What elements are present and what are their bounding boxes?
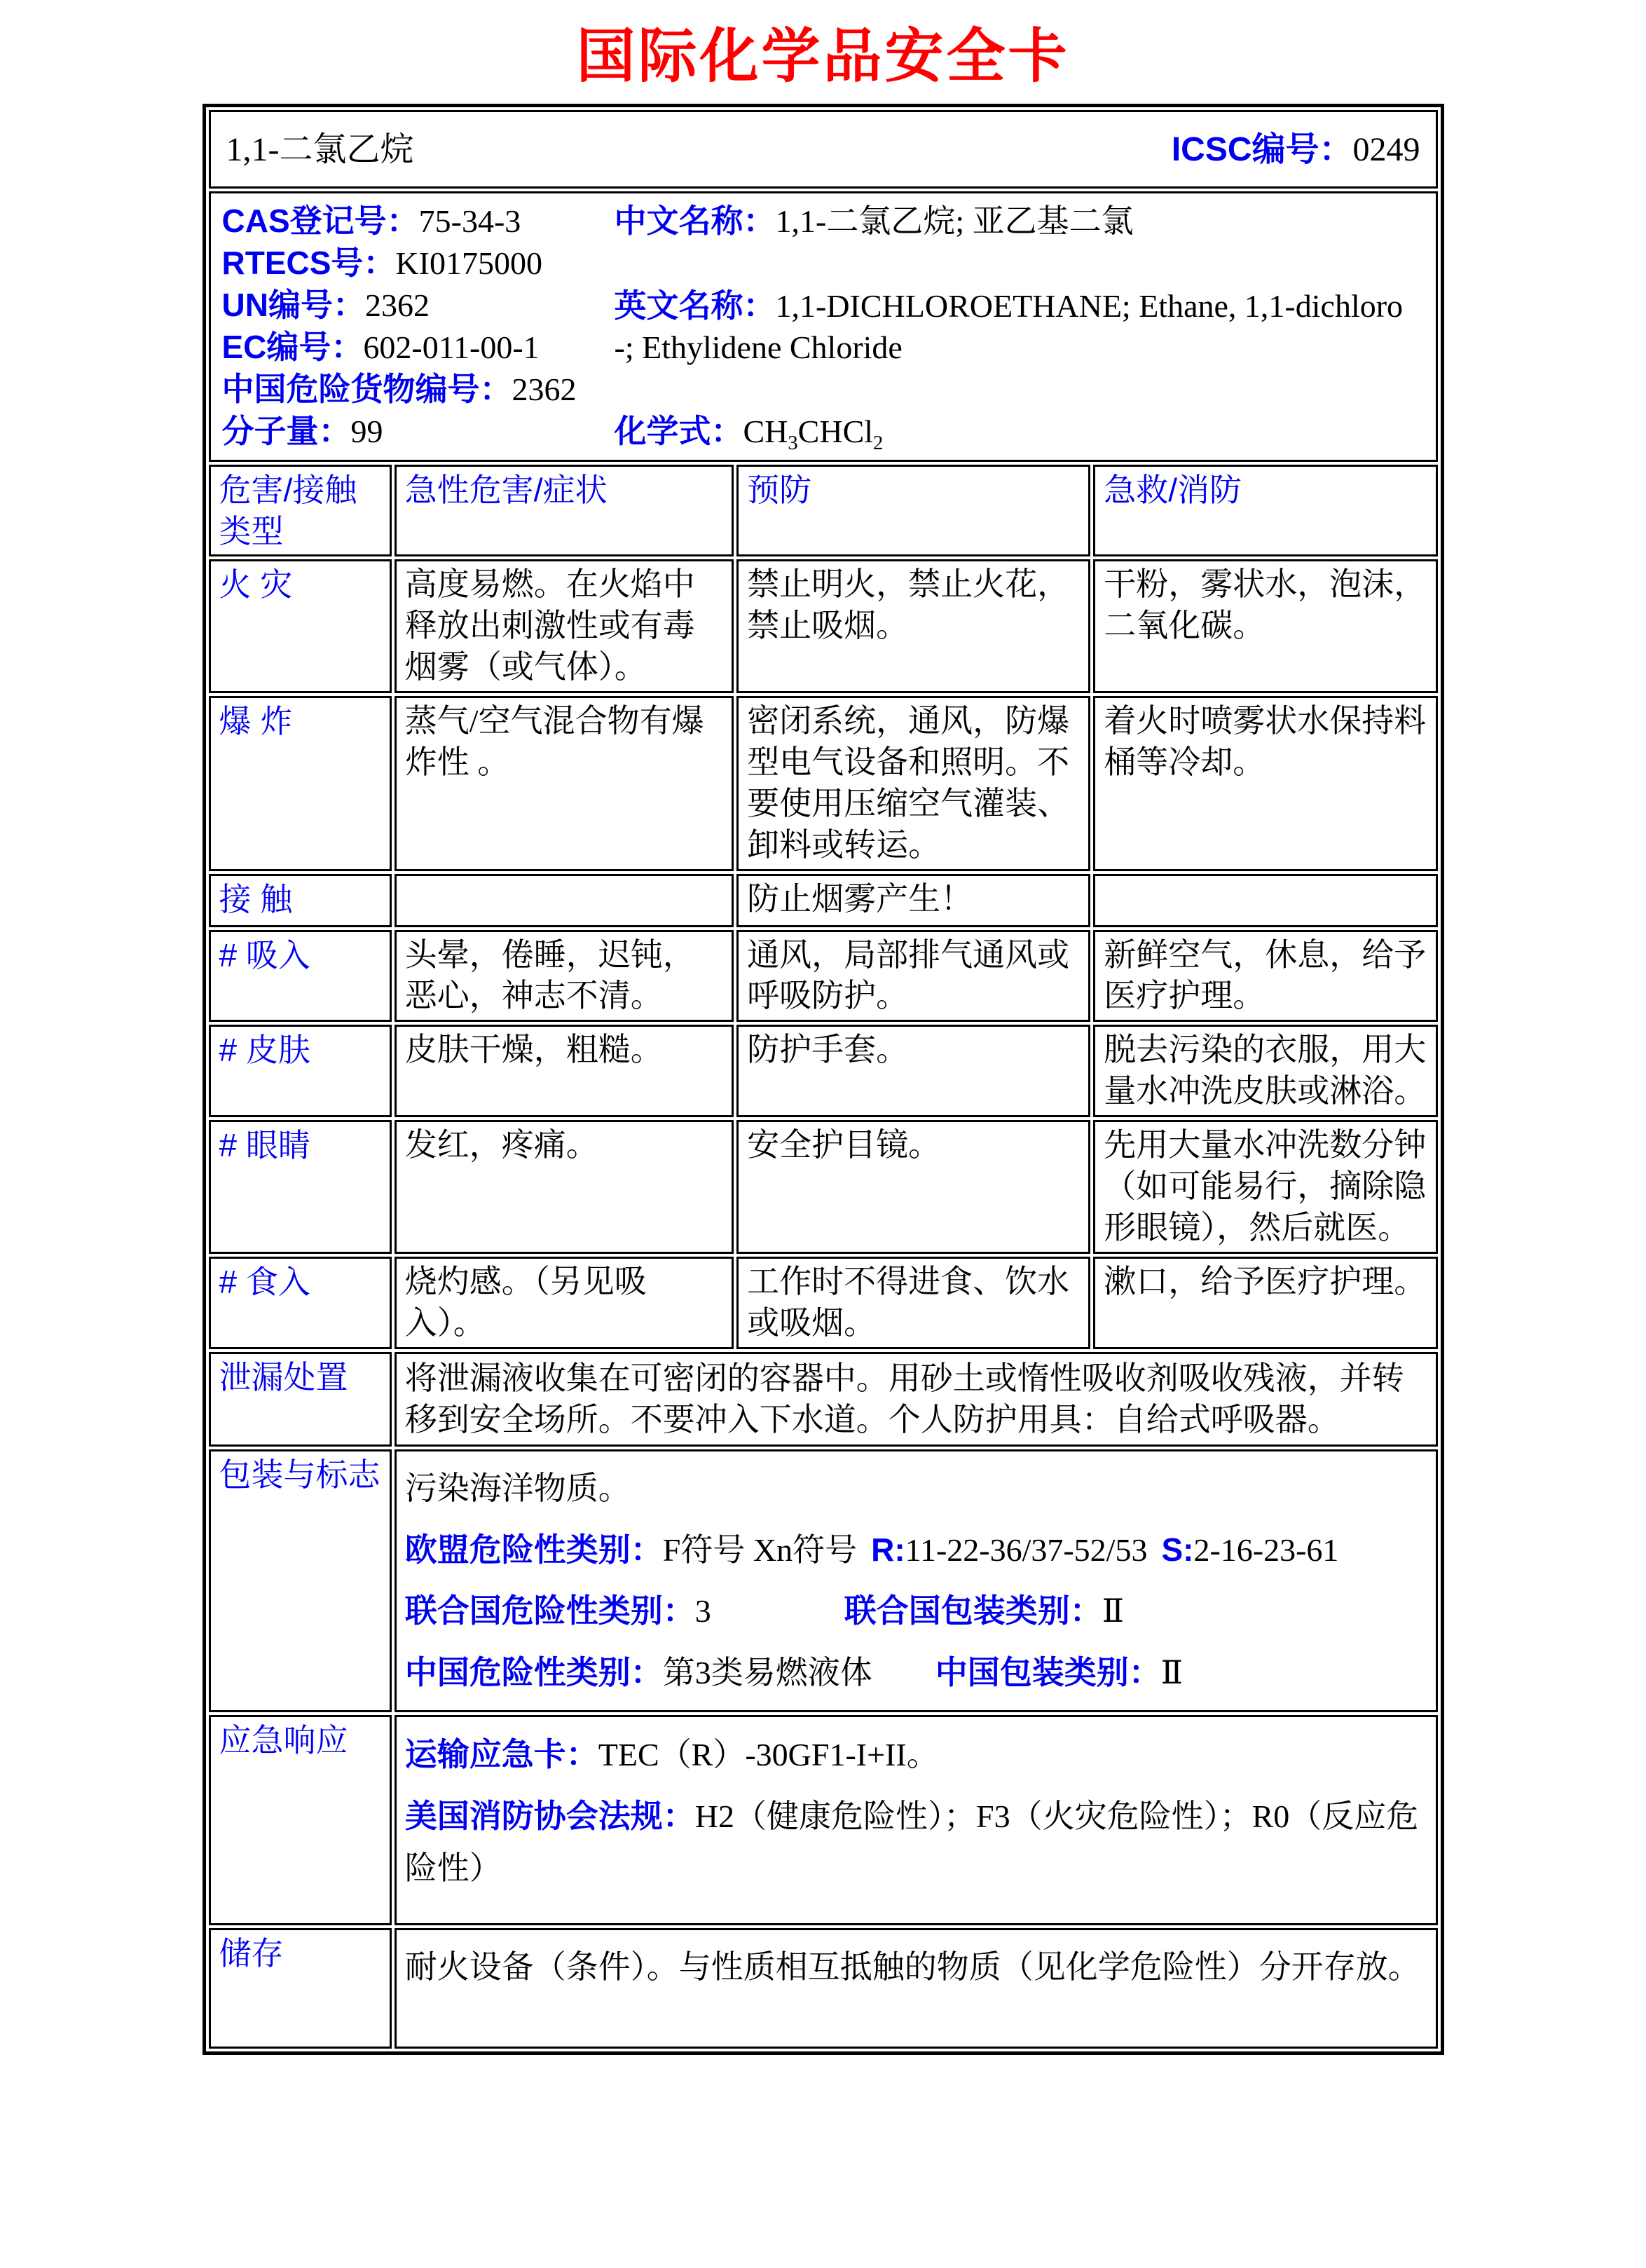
identification-left-column: CAS登记号：75-34-3 RTECS号：KI0175000 UN编号：236… [222,200,615,452]
hazard-row-exposure: 接 触 防止烟雾产生！ [209,874,1438,927]
skin-prevention: 防护手套。 [736,1025,1090,1117]
row-label-exposure: 接 触 [209,874,392,927]
cas-number: CAS登记号：75-34-3 [222,200,615,242]
exposure-prevention: 防止烟雾产生！ [736,874,1090,927]
hazard-header-row: 危害/接触类型 急性危害/症状 预防 急救/消防 [209,465,1438,557]
row-label-emergency: 应急响应 [209,1715,392,1925]
un-number: UN编号：2362 [222,285,615,327]
tec-line: 运输应急卡：TEC（R）-30GF1-I+II。 [405,1728,1427,1782]
hazard-header-firstaid: 急救/消防 [1093,465,1437,557]
icsc-page: { "title": "国际化学品安全卡", "header": { "subs… [0,24,1646,2268]
s-phrases-value: 2-16-23-61 [1193,1532,1338,1568]
row-label-fire: 火 灾 [209,559,392,693]
hazard-row-explosion: 爆 炸 蒸气/空气混合物有爆炸性 。 密闭系统，通风，防爆型电气设备和照明。不要… [209,696,1438,871]
eyes-firstaid: 先用大量水冲洗数分钟（如可能易行，摘除隐形眼镜），然后就医。 [1093,1120,1437,1254]
page-title: 国际化学品安全卡 [0,24,1646,88]
emergency-row: 应急响应 运输应急卡：TEC（R）-30GF1-I+II。 美国消防协会法规：H… [209,1715,1438,1925]
hazard-row-ingestion: # 食入 烧灼感。（另见吸入）。 工作时不得进食、饮水或吸烟。 漱口，给予医疗护… [209,1257,1438,1349]
nfpa-line: 美国消防协会法规：H2（健康危险性）；F3（火灾危险性）；R0（反应危险性） [405,1790,1427,1895]
hazard-row-eyes: # 眼睛 发红，疼痛。 安全护目镜。 先用大量水冲洗数分钟（如可能易行，摘除隐形… [209,1120,1438,1254]
exposure-firstaid [1093,874,1437,927]
row-label-storage: 储存 [209,1928,392,2049]
ingestion-symptoms: 烧灼感。（另见吸入）。 [395,1257,734,1349]
identification-block: CAS登记号：75-34-3 RTECS号：KI0175000 UN编号：236… [209,191,1438,461]
storage-row: 储存 耐火设备（条件）。与性质相互抵触的物质（见化学危险性）分开存放。 [209,1928,1438,2049]
explosion-prevention: 密闭系统，通风，防爆型电气设备和照明。不要使用压缩空气灌装、卸料或转运。 [736,696,1090,871]
molecular-weight: 分子量：99 [222,411,615,453]
chemical-formula: 化学式：CH3CHCl2 [615,411,1420,453]
icsc-number-value: 0249 [1353,131,1420,168]
ec-number: EC编号：602-011-00-1 [222,327,615,369]
emergency-content: 运输应急卡：TEC（R）-30GF1-I+II。 美国消防协会法规：H2（健康危… [395,1715,1438,1925]
hazard-header-type: 危害/接触类型 [209,465,392,557]
s-phrases-label: S: [1161,1531,1193,1568]
eyes-symptoms: 发红，疼痛。 [395,1120,734,1254]
row-label-packaging: 包装与标志 [209,1449,392,1712]
spill-text: 将泄漏液收集在可密闭的容器中。用砂土或惰性吸收剂吸收残液，并转移到安全场所。不要… [395,1352,1438,1447]
fire-firstaid: 干粉，雾状水，泡沫，二氧化碳。 [1093,559,1437,693]
skin-firstaid: 脱去污染的衣服，用大量水冲洗皮肤或淋浴。 [1093,1025,1437,1117]
exposure-symptoms [395,874,734,927]
row-label-eyes: # 眼睛 [209,1120,392,1254]
english-name: 英文名称：1,1-DICHLOROETHANE; Ethane, 1,1-dic… [615,285,1420,369]
explosion-symptoms: 蒸气/空气混合物有爆炸性 。 [395,696,734,871]
skin-symptoms: 皮肤干燥，粗糙。 [395,1025,734,1117]
un-classification-line: 联合国危险性类别：3联合国包装类别：Ⅱ [405,1585,1427,1638]
row-label-explosion: 爆 炸 [209,696,392,871]
r-phrases-value: 11-22-36/37-52/53 [905,1532,1148,1568]
inhalation-symptoms: 头晕，倦睡，迟钝，恶心，神志不清。 [395,930,734,1023]
fire-prevention: 禁止明火，禁止火花，禁止吸烟。 [736,559,1090,693]
chinese-name: 中文名称：1,1-二氯乙烷; 亚乙基二氯 [615,200,1420,242]
spill-row: 泄漏处置 将泄漏液收集在可密闭的容器中。用砂土或惰性吸收剂吸收残液，并转移到安全… [209,1352,1438,1447]
hazard-header-prevention: 预防 [736,465,1090,557]
inhalation-firstaid: 新鲜空气，休息，给予医疗护理。 [1093,930,1437,1023]
inhalation-prevention: 通风，局部排气通风或呼吸防护。 [736,930,1090,1023]
row-label-inhalation: # 吸入 [209,930,392,1023]
substance-name: 1,1-二氯乙烷 [226,128,414,171]
rtecs-number: RTECS号：KI0175000 [222,242,615,285]
explosion-firstaid: 着火时喷雾状水保持料桶等冷却。 [1093,696,1437,871]
row-label-ingestion: # 食入 [209,1257,392,1349]
row-label-skin: # 皮肤 [209,1025,392,1117]
marine-pollutant-note: 污染海洋物质。 [405,1463,1427,1515]
identification-right-column: 中文名称：1,1-二氯乙烷; 亚乙基二氯 英文名称：1,1-DICHLOROET… [615,200,1425,452]
packaging-content: 污染海洋物质。 欧盟危险性类别：F符号 Xn符号R:11-22-36/37-52… [395,1449,1438,1712]
icsc-number: ICSC编号：0249 [1172,128,1420,171]
storage-text: 耐火设备（条件）。与性质相互抵触的物质（见化学危险性）分开存放。 [395,1928,1438,2049]
hazard-header-symptoms: 急性危害/症状 [395,465,734,557]
name-row: 1,1-二氯乙烷 ICSC编号：0249 [209,110,1438,189]
cn-classification-line: 中国危险性类别：第3类易燃液体中国包装类别：Ⅱ [405,1646,1427,1700]
packaging-row: 包装与标志 污染海洋物质。 欧盟危险性类别：F符号 Xn符号R:11-22-36… [209,1449,1438,1712]
china-dangerous-goods-number: 中国危险货物编号：2362 [222,369,615,411]
hazard-row-fire: 火 灾 高度易燃。在火焰中释放出刺激性或有毒烟雾（或气体）。 禁止明火，禁止火花… [209,559,1438,693]
eyes-prevention: 安全护目镜。 [736,1120,1090,1254]
r-phrases-label: R: [871,1531,905,1568]
ingestion-prevention: 工作时不得进食、饮水或吸烟。 [736,1257,1090,1349]
hazard-row-skin: # 皮肤 皮肤干燥，粗糙。 防护手套。 脱去污染的衣服，用大量水冲洗皮肤或淋浴。 [209,1025,1438,1117]
fire-symptoms: 高度易燃。在火焰中释放出刺激性或有毒烟雾（或气体）。 [395,559,734,693]
icsc-card-table: 1,1-二氯乙烷 ICSC编号：0249 CAS登记号：75-34-3 RTEC… [203,104,1444,2055]
eu-classification-line: 欧盟危险性类别：F符号 Xn符号R:11-22-36/37-52/53S:2-1… [405,1524,1427,1577]
hazard-row-inhalation: # 吸入 头晕，倦睡，迟钝，恶心，神志不清。 通风，局部排气通风或呼吸防护。 新… [209,930,1438,1023]
icsc-number-label: ICSC编号： [1172,131,1353,168]
ingestion-firstaid: 漱口，给予医疗护理。 [1093,1257,1437,1349]
row-label-spill: 泄漏处置 [209,1352,392,1447]
